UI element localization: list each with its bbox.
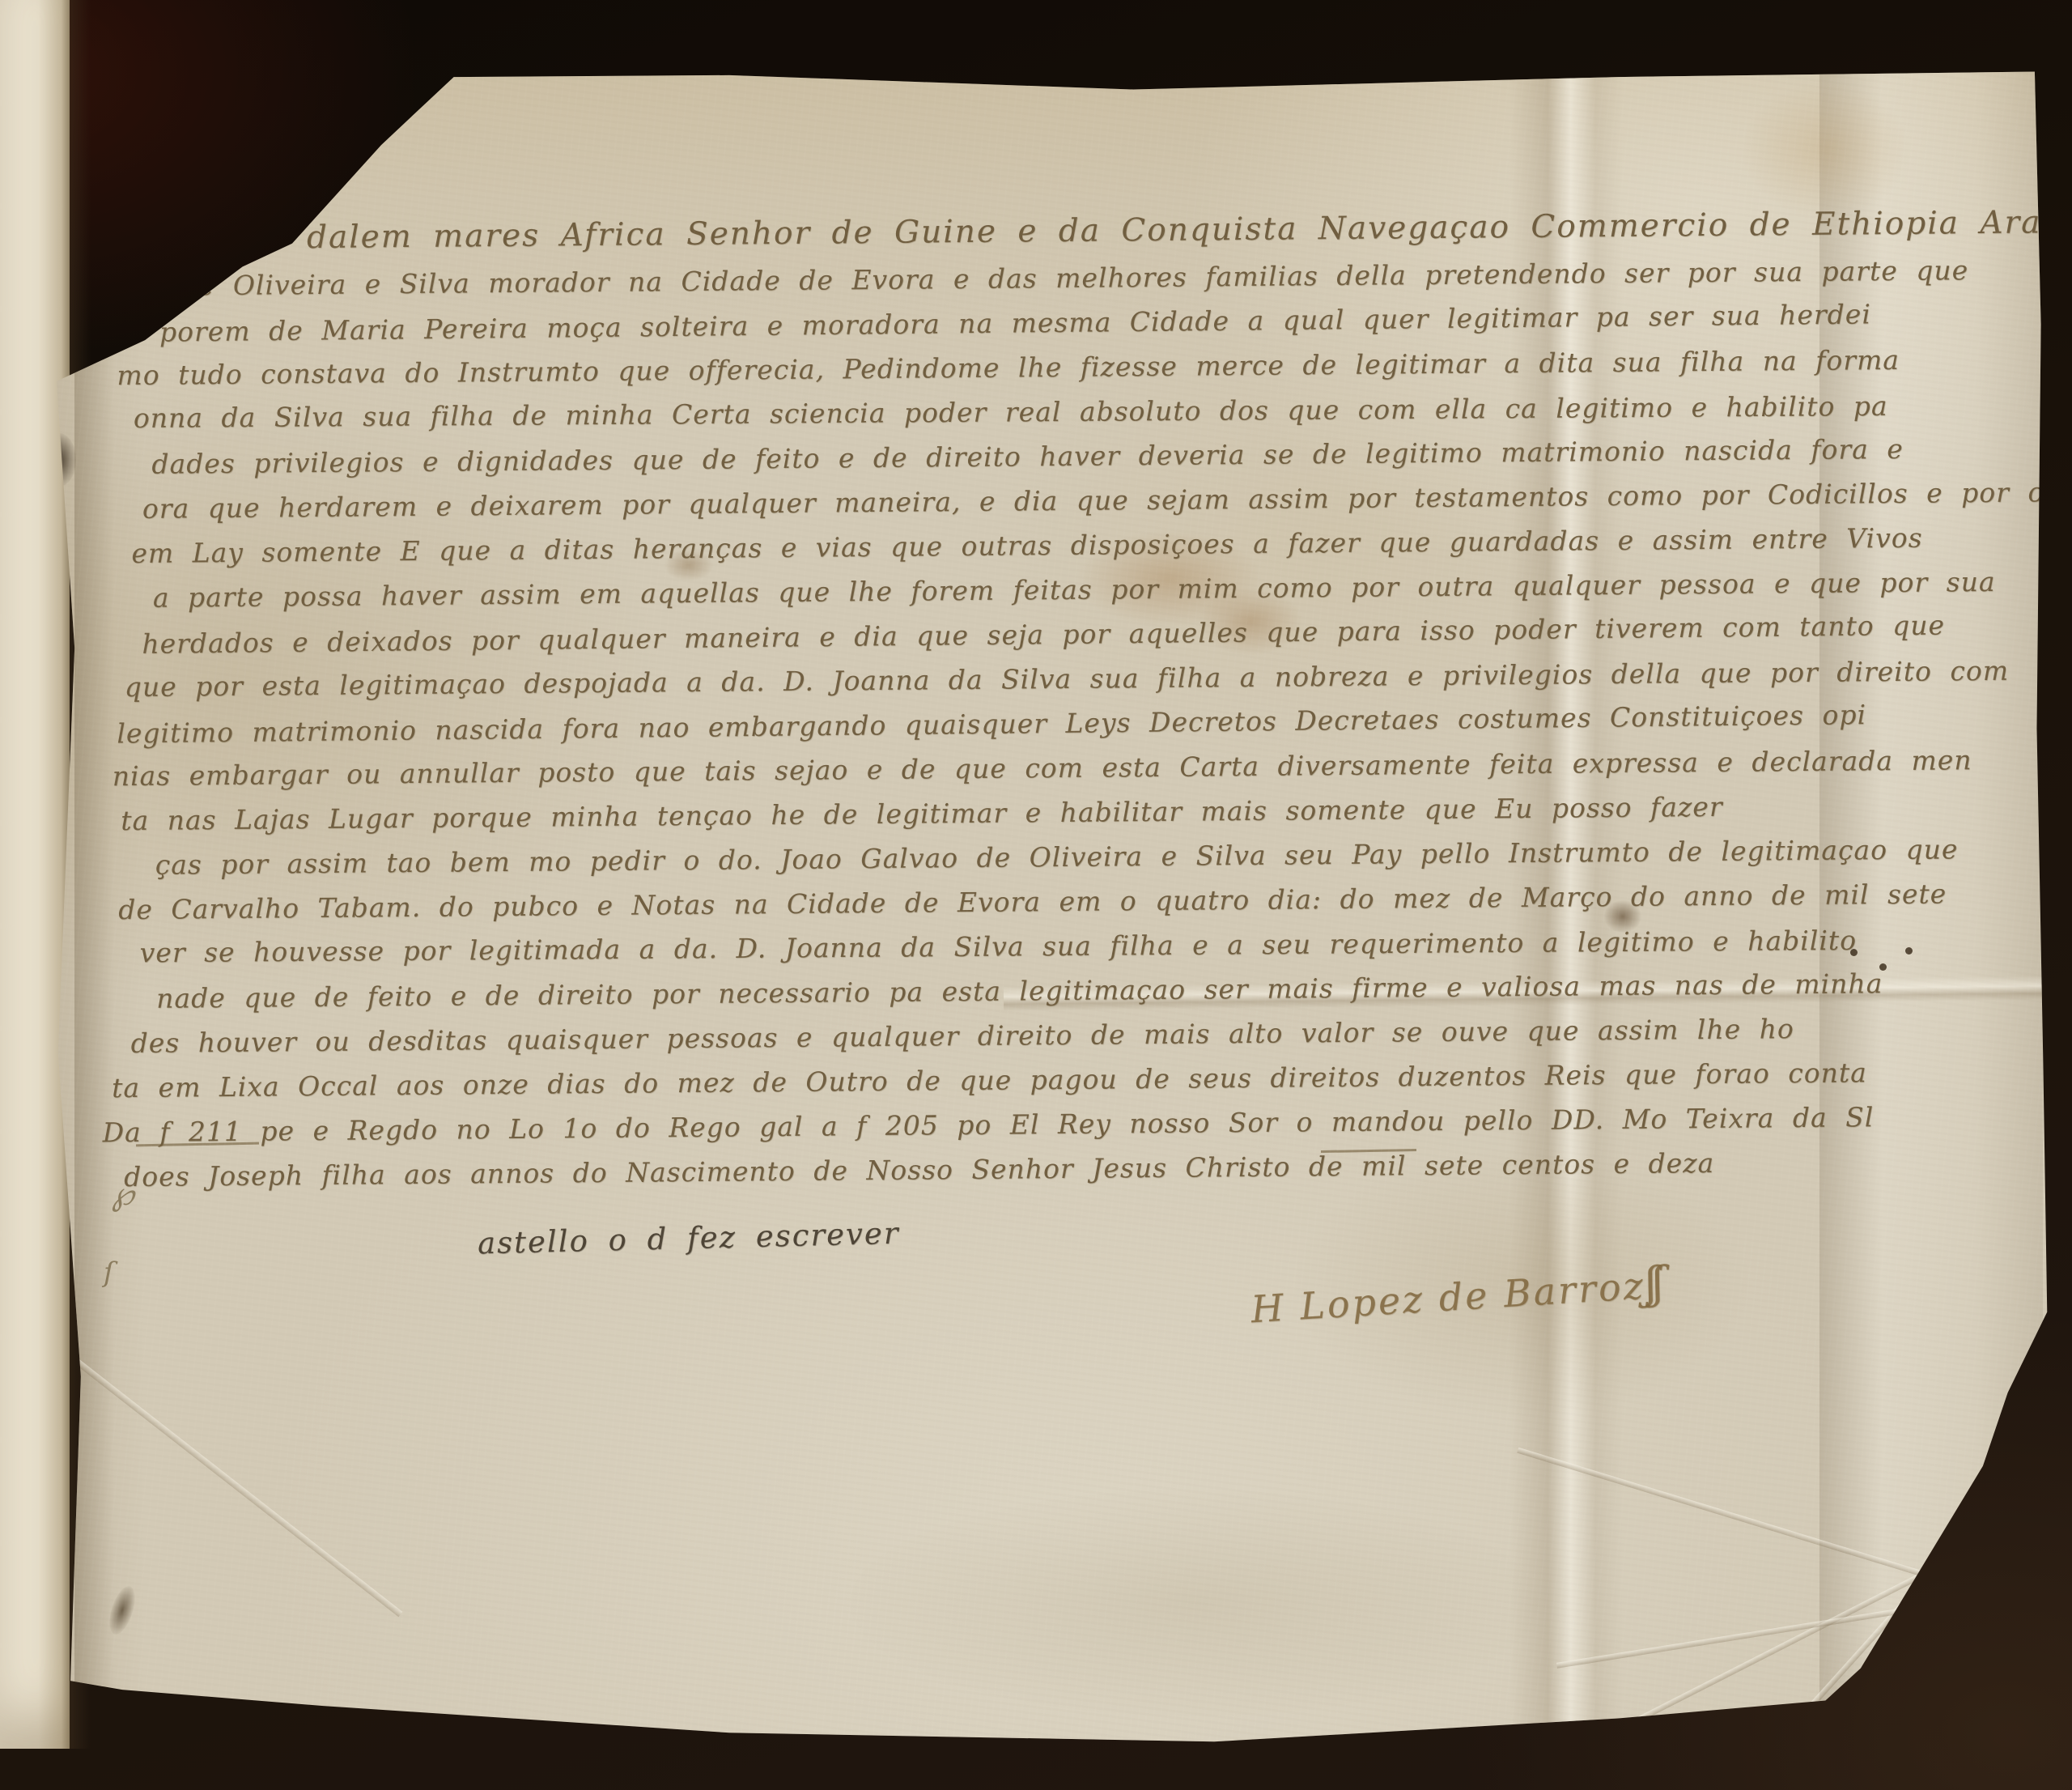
signature-paraph: ʃʃ	[1644, 1257, 1661, 1309]
corner-fold-crease	[1556, 1592, 2005, 1669]
corner-fold-crease	[1730, 1431, 2059, 1790]
margin-flourish: ſ	[104, 1256, 114, 1289]
corner-fold-crease	[1637, 1482, 2072, 1722]
bottom-left-crease	[67, 1353, 403, 1617]
damp-stain	[850, 1490, 1538, 1716]
signature: H Lopez de Barrozʃʃ	[1250, 1257, 1661, 1333]
corner-fold-crease	[1517, 1448, 2060, 1618]
underlying-page-edge	[0, 0, 70, 1749]
ink-blot	[104, 1584, 140, 1638]
manuscript-page: quem e dalem mares Africa Senhor de Guin…	[0, 0, 2072, 1790]
manuscript-text: quem e dalem mares Africa Senhor de Guin…	[150, 201, 1972, 1199]
photo-backdrop: quem e dalem mares Africa Senhor de Guin…	[0, 0, 2072, 1790]
stain	[1740, 81, 1910, 219]
margin-flourish: ℘	[112, 1176, 134, 1213]
signature-name: H Lopez de Barroz	[1250, 1264, 1646, 1332]
secretary-line: astello o d fez escrever	[478, 1216, 900, 1261]
